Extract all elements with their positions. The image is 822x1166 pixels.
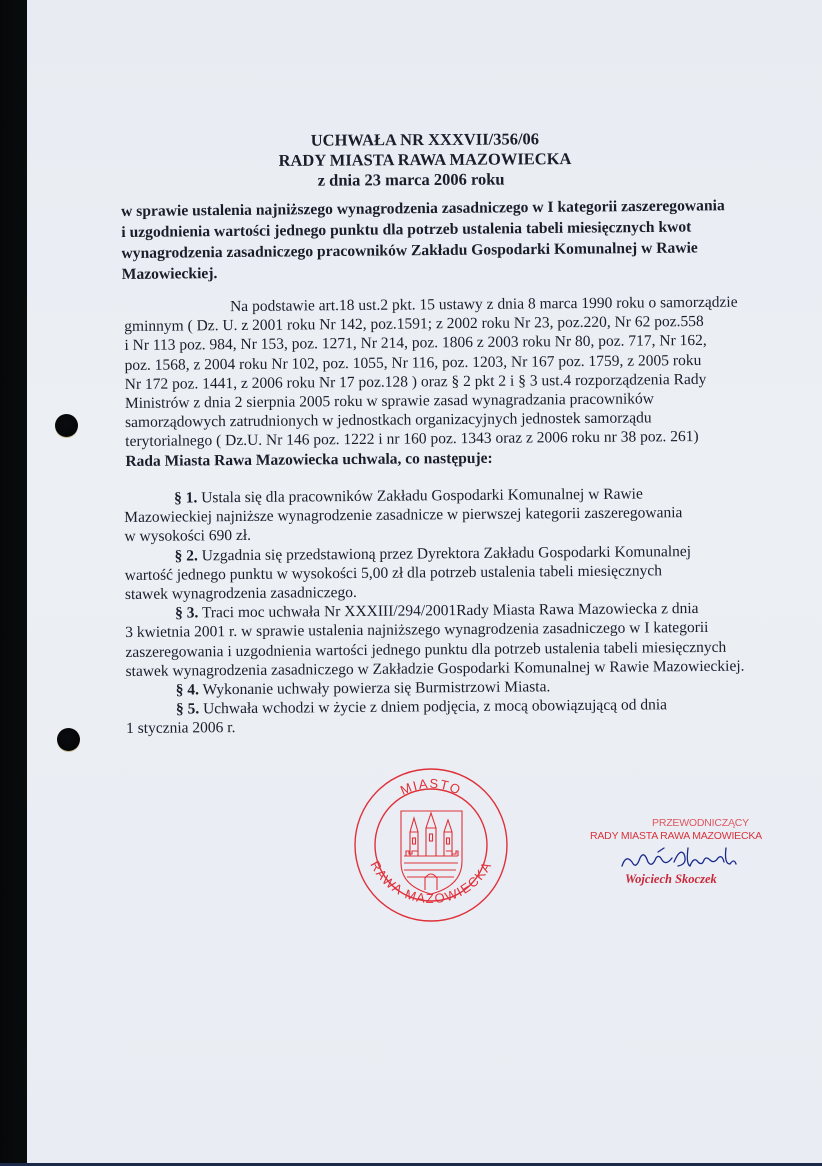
paragraph-text: stawek wynagrodzenia zasadniczego. (125, 584, 357, 603)
paragraph-number: § 4. (176, 681, 199, 698)
paragraph-text: Wykonanie uchwały powierza się Burmistrz… (199, 678, 550, 698)
punch-hole-icon (57, 728, 80, 751)
paragraph-text: Uchwała wchodzi w życie z dniem podjęcia… (199, 697, 667, 718)
paragraph-number: § 5. (176, 701, 199, 718)
resolution-date: z dnia 23 marca 2006 roku (236, 169, 586, 191)
svg-text:MIASTO: MIASTO (398, 776, 464, 798)
resolution-subject: w sprawie ustalenia najniższego wynagrod… (121, 195, 782, 285)
paragraph-number: § 2. (175, 547, 198, 564)
chairman-council: RADY MIASTA RAWA MAZOWIECKA (588, 830, 783, 843)
paragraph-number: § 3. (175, 605, 198, 622)
city-seal-stamp: MIASTO RAWA MAZOWIECKA (352, 766, 510, 924)
punch-hole-icon (55, 414, 78, 437)
signer-name: Wojciech Skoczek (625, 872, 717, 887)
resolution-number: UCHWAŁA NR XXXVII/356/06 (250, 129, 600, 151)
paragraph-text: w wysokości 690 zł. (124, 527, 251, 545)
paragraph-text: wartość jednego punktu w wysokości 5,00 … (125, 562, 662, 584)
legal-basis: Na podstawie art.18 ust.2 pkt. 15 ustawy… (124, 292, 805, 471)
chairman-title: PRZEWODNICZĄCY (588, 817, 783, 830)
issuing-body: RADY MIASTA RAWA MAZOWIECKA (250, 149, 600, 171)
paragraph-text: Ustala się dla pracowników Zakładu Gospo… (197, 485, 643, 506)
resolution-header: UCHWAŁA NR XXXVII/356/06 RADY MIASTA RAW… (250, 129, 600, 191)
resolution-paragraphs: § 1. Ustala się dla pracowników Zakładu … (124, 483, 806, 739)
handwritten-signature (618, 844, 748, 872)
chairman-stamp: PRZEWODNICZĄCY RADY MIASTA RAWA MAZOWIEC… (588, 817, 783, 843)
svg-text:RAWA MAZOWIECKA: RAWA MAZOWIECKA (367, 858, 494, 906)
paragraph-text: 1 stycznia 2006 r. (126, 719, 235, 737)
paragraph-number: § 1. (174, 489, 197, 506)
coat-of-arms-icon (401, 811, 462, 894)
